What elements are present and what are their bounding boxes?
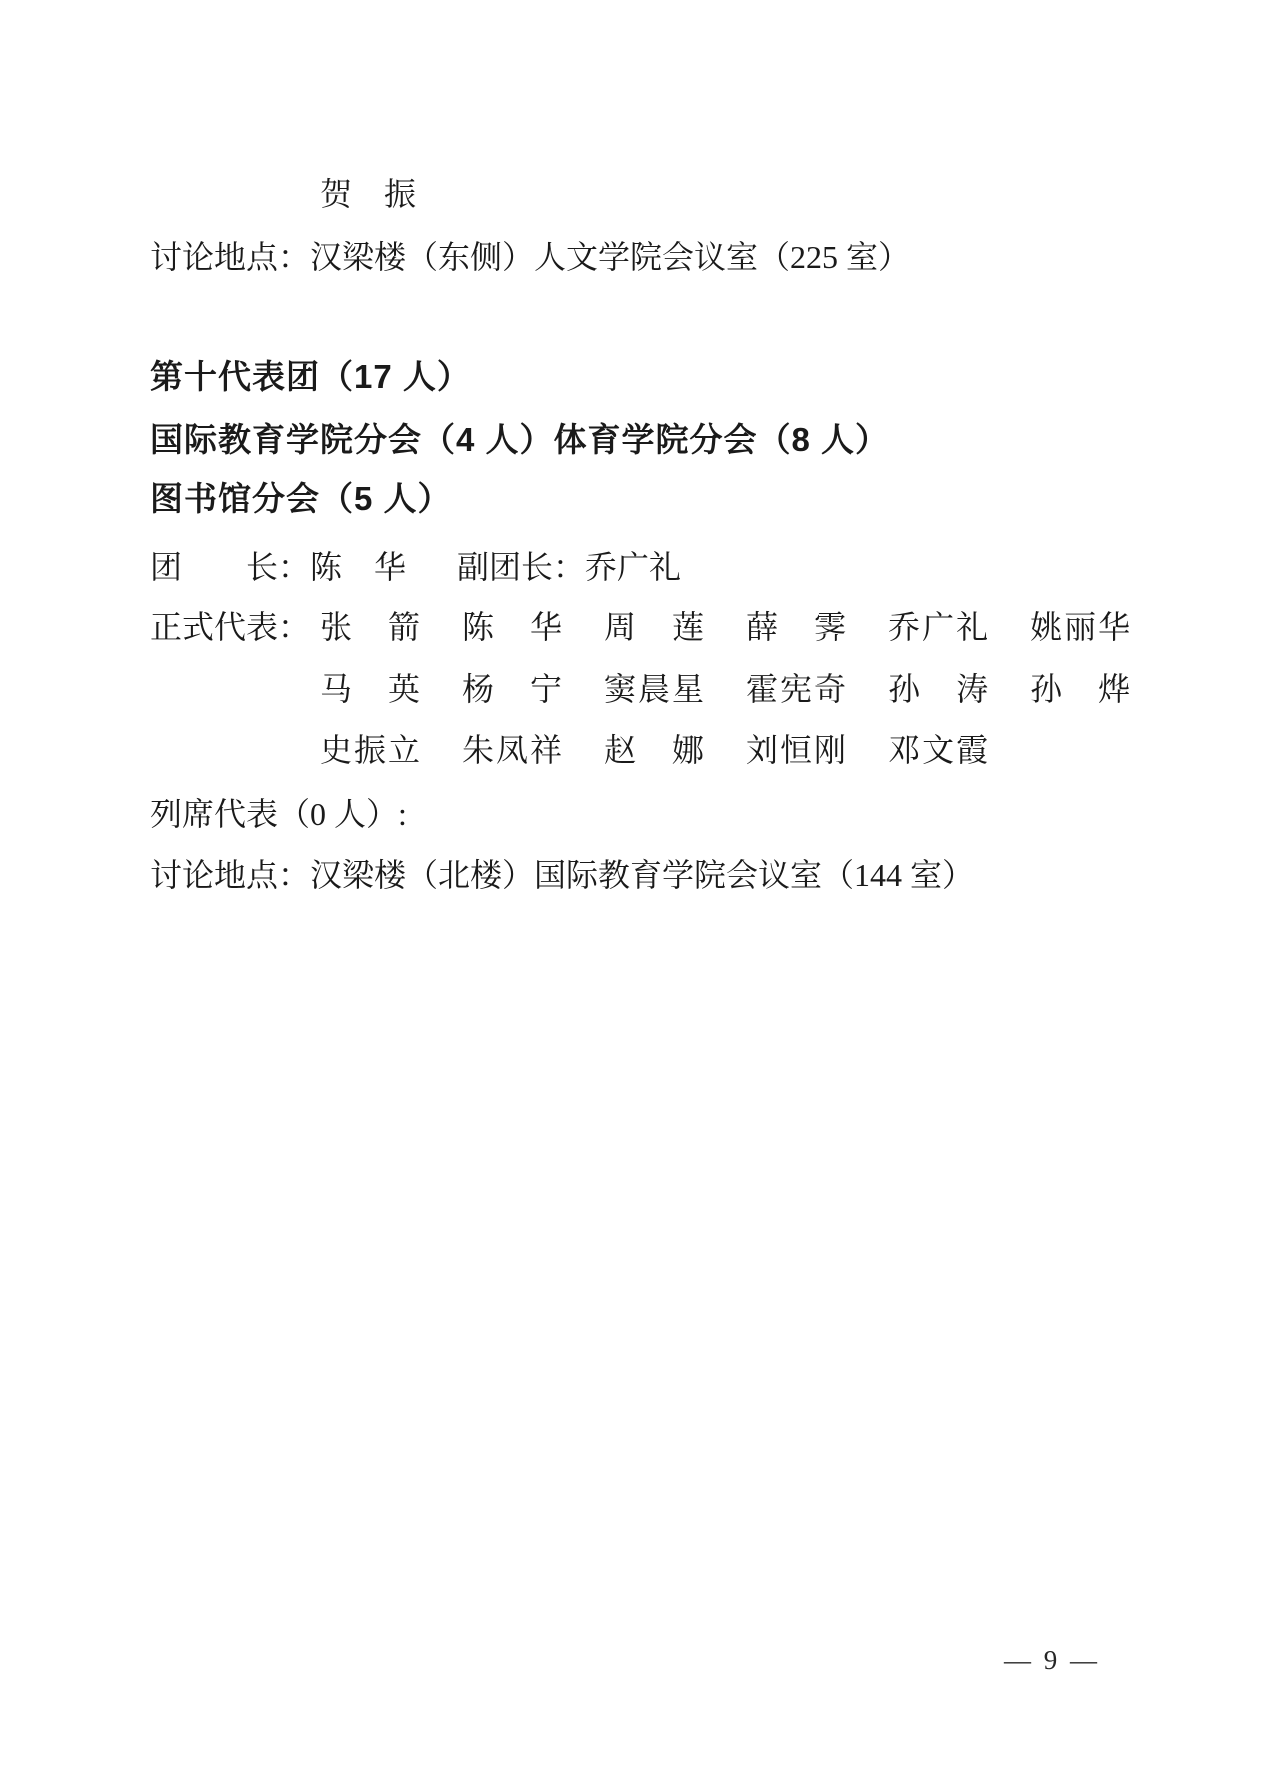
delegate-name: 马 英 — [320, 670, 422, 708]
formal-delegates-row-2: 马 英杨 宁窦晨星霍宪奇孙 涛孙 烨 — [320, 670, 1132, 708]
delegation-subgroups-2: 图书馆分会（5 人） — [150, 480, 452, 518]
delegate-name: 周 莲 — [604, 608, 706, 646]
formal-delegates-line-2: 马 英杨 宁窦晨星霍宪奇孙 涛孙 烨 — [320, 670, 1132, 708]
delegate-name: 邓文霞 — [888, 731, 990, 769]
formal-delegates-line-1: 正式代表：张 箭陈 华周 莲薛 霁乔广礼姚丽华 — [150, 608, 1132, 646]
delegate-name: 霍宪奇 — [746, 670, 848, 708]
document-page: 贺 振 讨论地点：汉梁楼（东侧）人文学院会议室（225 室） 第十代表团（17 … — [0, 0, 1266, 1790]
delegate-name: 孙 烨 — [1030, 670, 1132, 708]
deputy-leader-name: 乔广礼 — [585, 549, 681, 585]
delegate-name: 赵 娜 — [604, 731, 706, 769]
delegation-title: 第十代表团（17 人） — [150, 358, 471, 396]
delegate-name: 姚丽华 — [1030, 608, 1132, 646]
delegate-name: 薛 霁 — [746, 608, 848, 646]
delegate-name: 朱凤祥 — [462, 731, 564, 769]
delegation-subgroups-1: 国际教育学院分会（4 人）体育学院分会（8 人） — [150, 421, 889, 459]
prev-delegation-trailing-name: 贺 振 — [320, 175, 416, 213]
prev-discussion-location: 汉梁楼（东侧）人文学院会议室（225 室） — [310, 239, 910, 275]
formal-delegates-row-3: 史振立朱凤祥赵 娜刘恒刚邓文霞 — [320, 731, 990, 769]
delegate-name: 杨 宁 — [462, 670, 564, 708]
formal-delegates-label: 正式代表： — [150, 608, 310, 646]
prev-discussion-label: 讨论地点： — [150, 238, 310, 276]
observer-delegates-line: 列席代表（0 人）: — [150, 795, 407, 833]
discussion-line: 讨论地点：汉梁楼（北楼）国际教育学院会议室（144 室） — [150, 856, 974, 894]
formal-delegates-line-3: 史振立朱凤祥赵 娜刘恒刚邓文霞 — [320, 731, 990, 769]
leader-line: 团 长：陈 华副团长：乔广礼 — [150, 548, 681, 586]
delegate-name: 孙 涛 — [888, 670, 990, 708]
delegate-name: 窦晨星 — [604, 670, 706, 708]
delegate-name: 陈 华 — [462, 608, 564, 646]
deputy-leader-label: 副团长： — [457, 548, 585, 586]
delegate-name: 乔广礼 — [888, 608, 990, 646]
delegate-name: 张 箭 — [320, 608, 422, 646]
discussion-location: 汉梁楼（北楼）国际教育学院会议室（144 室） — [310, 857, 974, 893]
discussion-label: 讨论地点： — [150, 856, 310, 894]
leader-name: 陈 华 — [310, 549, 406, 585]
leader-label: 团 长： — [150, 548, 310, 586]
page-number: — 9 — — [1004, 1645, 1100, 1675]
delegate-name: 史振立 — [320, 731, 422, 769]
formal-delegates-row-1: 张 箭陈 华周 莲薛 霁乔广礼姚丽华 — [320, 608, 1132, 646]
prev-discussion-line: 讨论地点：汉梁楼（东侧）人文学院会议室（225 室） — [150, 238, 910, 276]
delegate-name: 刘恒刚 — [746, 731, 848, 769]
